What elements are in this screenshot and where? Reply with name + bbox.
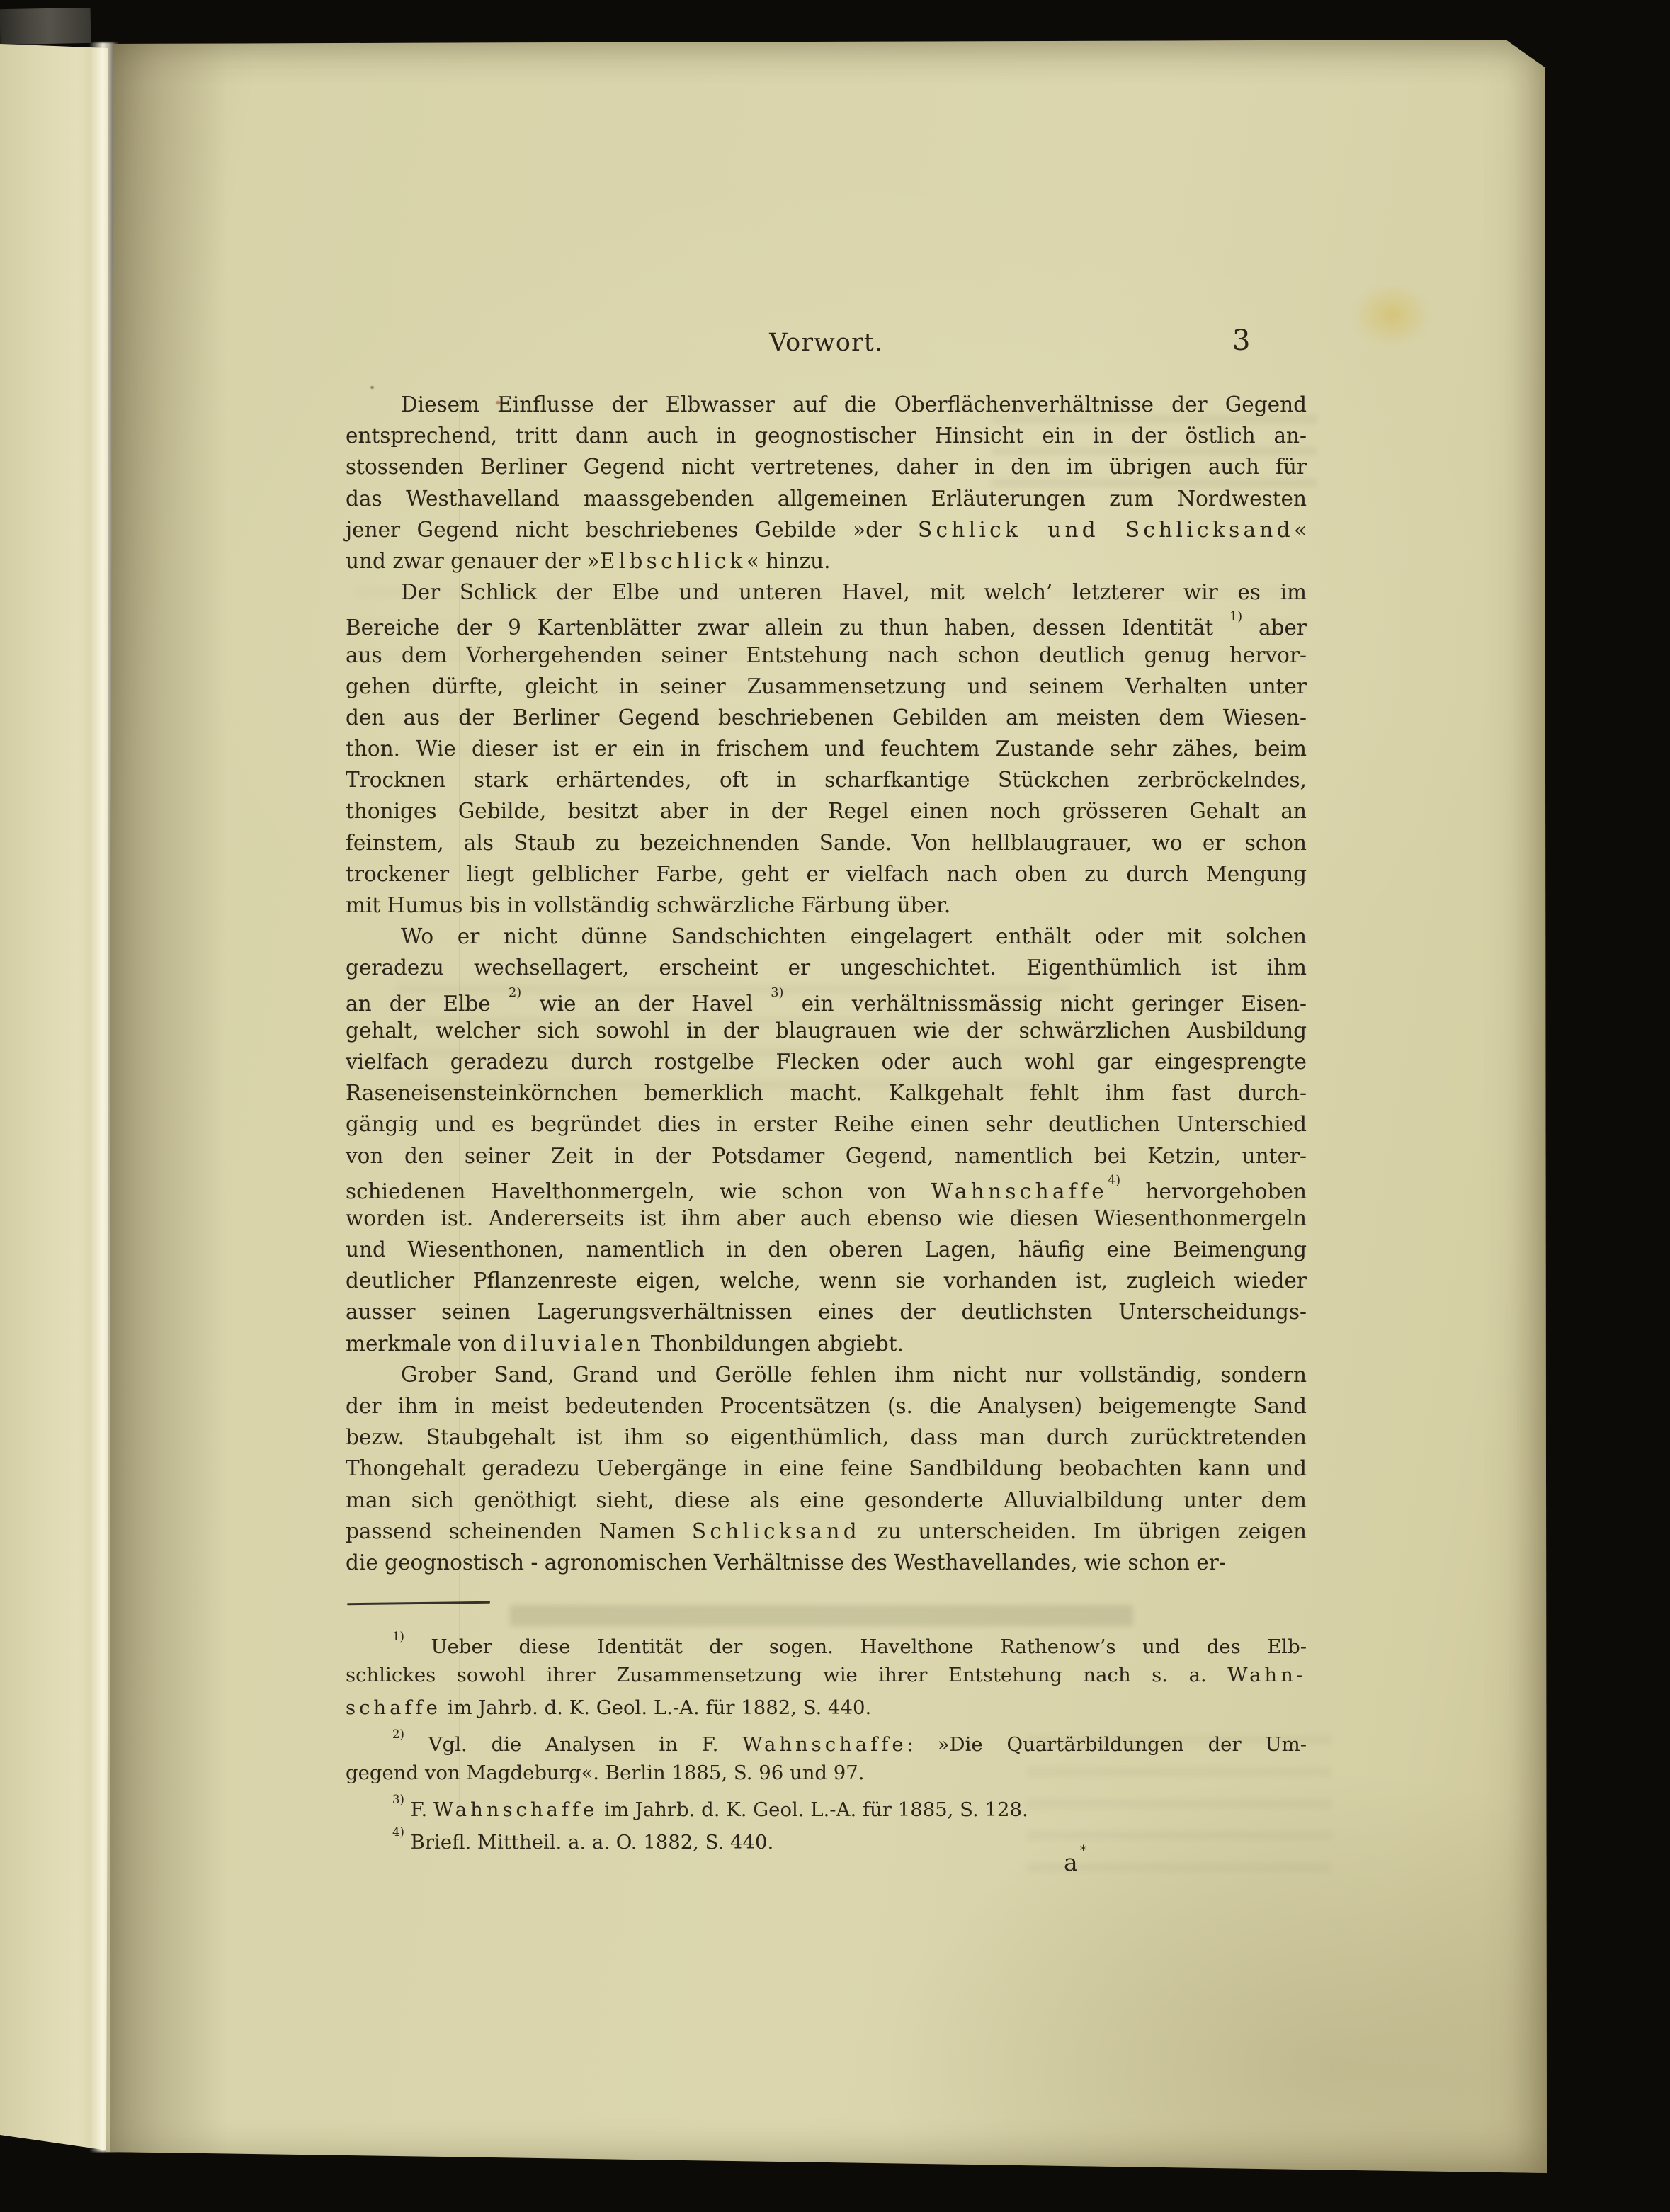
body-text: Diesem Einflusse der Elbwasser auf die O…: [346, 389, 1307, 1578]
text-line: den aus der Berliner Gegend beschriebene…: [346, 702, 1307, 733]
text-line: Thongehalt geradezu Uebergänge in eine f…: [346, 1453, 1307, 1484]
footnotes: 1) Ueber diese Identität der sogen. Have…: [346, 1626, 1307, 1854]
text-line: thon. Wie dieser ist er ein in frischem …: [346, 733, 1307, 764]
text-line: an der Elbe 2) wie an der Havel 3) ein v…: [346, 984, 1307, 1015]
gutter-shadow: [110, 38, 227, 2176]
text-line: trockener liegt gelblicher Farbe, geht e…: [346, 858, 1307, 890]
text-line: gängig und es begründet dies in erster R…: [346, 1108, 1307, 1140]
text-line: thoniges Gebilde, besitzt aber in der Re…: [346, 795, 1307, 827]
text-line: Grober Sand, Grand und Gerölle fehlen ih…: [346, 1359, 1307, 1390]
text-line: aus dem Vorhergehenden seiner Entstehung…: [346, 640, 1307, 671]
text-line: mit Humus bis in vollständig schwärzlich…: [346, 890, 1307, 921]
text-line: geradezu wechsellagert, erscheint er ung…: [346, 952, 1307, 983]
text-line: vielfach geradezu durch rostgelbe Flecke…: [346, 1046, 1307, 1077]
footnote-line: 4) Briefl. Mittheil. a. a. O. 1882, S. 4…: [346, 1822, 1307, 1854]
text-line: Trocknen stark erhärtendes, oft in schar…: [346, 764, 1307, 795]
footnote-line: 1) Ueber diese Identität der sogen. Have…: [346, 1626, 1307, 1659]
text-line: stossenden Berliner Gegend nicht vertret…: [346, 451, 1307, 482]
text-line: die geognostisch - agronomischen Verhält…: [346, 1547, 1307, 1578]
text-line: Wo er nicht dünne Sandschichten eingelag…: [346, 921, 1307, 952]
page-number: 3: [1232, 324, 1289, 357]
text-line: entsprechend, tritt dann auch in geognos…: [346, 420, 1307, 451]
binding-edge: [0, 8, 91, 45]
footnote-line: 3) F. Wahnschaffe im Jahrb. d. K. Geol. …: [346, 1789, 1307, 1822]
text-line: Diesem Einflusse der Elbwasser auf die O…: [346, 389, 1307, 420]
text-line: und Wiesenthonen, namentlich in den ober…: [346, 1234, 1307, 1265]
text-line: und zwar genauer der »Elbschlick« hinzu.: [346, 545, 1307, 577]
text-line: das Westhavelland maassgebenden allgemei…: [346, 483, 1307, 514]
text-line: bezw. Staubgehalt ist ihm so eigenthümli…: [346, 1422, 1307, 1453]
paper-stain: [1353, 283, 1431, 347]
text-line: feinstem, als Staub zu bezeichnenden San…: [346, 827, 1307, 858]
text-line: gehalt, welcher sich sowohl in der blaug…: [346, 1015, 1307, 1046]
text-line: von den seiner Zeit in der Potsdamer Geg…: [346, 1140, 1307, 1172]
ink-bleedthrough: [510, 1605, 1133, 1626]
text-line: man sich genöthigt sieht, diese als eine…: [346, 1485, 1307, 1516]
text-line: deutlicher Pflanzenreste eigen, welche, …: [346, 1265, 1307, 1296]
text-line: merkmale von diluvialen Thonbildungen ab…: [346, 1328, 1307, 1359]
signature-mark: a*: [1064, 1849, 1087, 1876]
text-line: gehen dürfte, gleicht in seiner Zusammen…: [346, 671, 1307, 702]
text-line: worden ist. Andererseits ist ihm aber au…: [346, 1203, 1307, 1234]
page-title: Vorwort.: [769, 329, 883, 357]
book-scan: Vorwort. 3 Diesem Einflusse der Elbwasse…: [0, 0, 1670, 2212]
text-line: schiedenen Havelthonmergeln, wie schon v…: [346, 1172, 1307, 1203]
text-line: ausser seinen Lagerungsverhältnissen ein…: [346, 1296, 1307, 1327]
text-line: jener Gegend nicht beschriebenes Gebilde…: [346, 514, 1307, 545]
text-line: der ihm in meist bedeutenden Procentsätz…: [346, 1390, 1307, 1422]
footnote-line: schaffe im Jahrb. d. K. Geol. L.-A. für …: [346, 1691, 1307, 1724]
running-head: Vorwort.: [346, 329, 1307, 357]
footnote-line: 2) Vgl. die Analysen in F. Wahnschaffe: …: [346, 1724, 1307, 1757]
book-page: Vorwort. 3 Diesem Einflusse der Elbwasse…: [99, 38, 1548, 2176]
text-line: Raseneisensteinkörnchen bemerklich macht…: [346, 1077, 1307, 1108]
text-line: passend scheinenden Namen Schlicksand zu…: [346, 1516, 1307, 1547]
footnote-line: gegend von Magdeburg«. Berlin 1885, S. 9…: [346, 1757, 1307, 1789]
text-line: Der Schlick der Elbe und unteren Havel, …: [346, 577, 1307, 608]
footnote-line: schlickes sowohl ihrer Zusammensetzung w…: [346, 1659, 1307, 1691]
text-line: Bereiche der 9 Kartenblätter zwar allein…: [346, 608, 1307, 639]
footnote-separator: [347, 1601, 490, 1605]
